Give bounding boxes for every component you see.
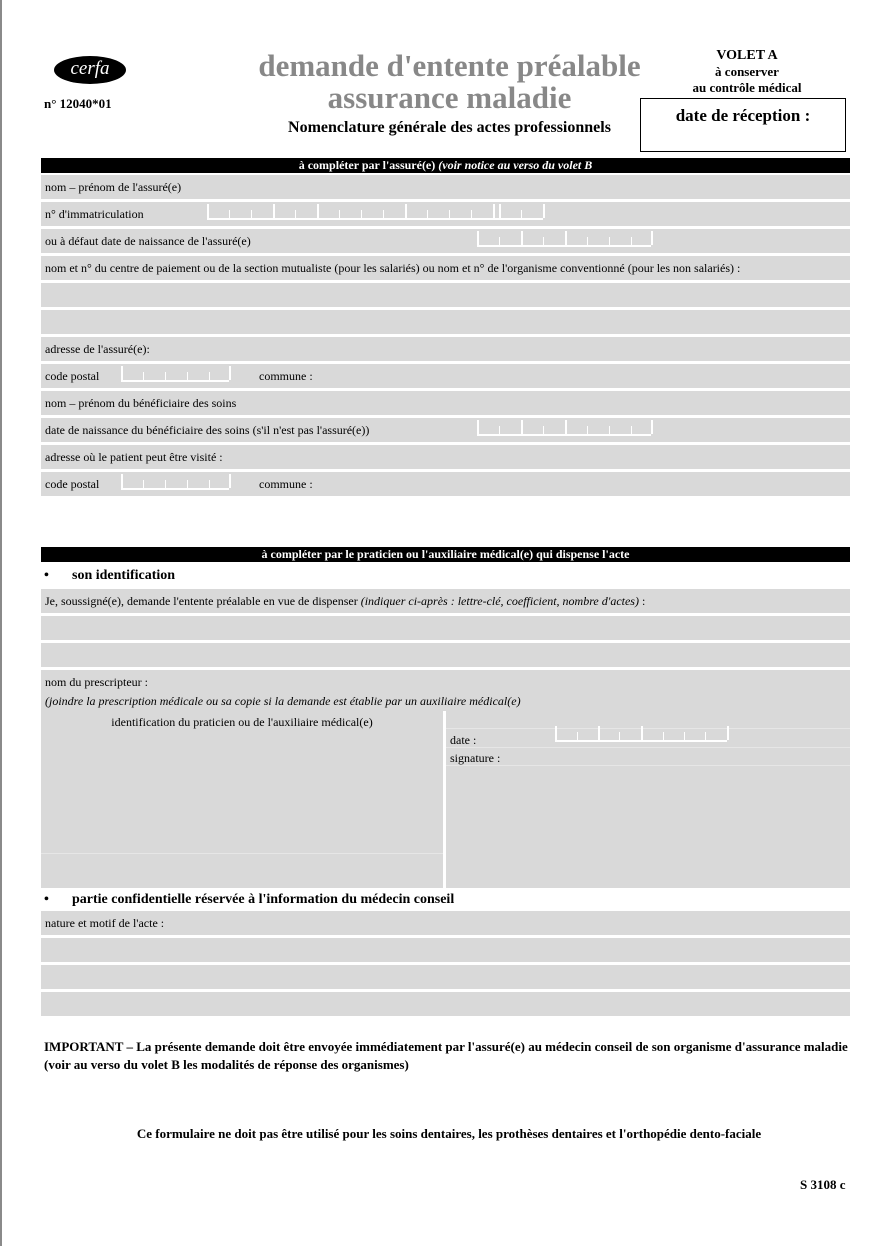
field-nature-motif[interactable]: nature et motif de l'acte : [41,911,850,935]
section-note: (voir notice au verso du volet B [438,158,592,172]
heading-text: son identification [72,568,175,583]
confidential-heading: •partie confidentielle réservée à l'info… [44,892,454,908]
section-title: à compléter par le praticien ou l'auxili… [262,547,630,561]
commune-label: commune : [259,472,313,496]
volet-sub-2: au contrôle médical [662,80,832,96]
section-header-assure: à compléter par l'assuré(e) (voir notice… [41,158,850,173]
field-label: adresse de l'assuré(e): [45,342,150,356]
field-label: Je, soussigné(e), demande l'entente préa… [45,594,358,608]
field-label: ou à défaut date de naissance de l'assur… [45,234,251,248]
field-label: adresse où le patient peut être visité : [45,450,223,464]
section-title: à compléter par l'assuré(e) [299,158,436,172]
field-note: (indiquer ci-après : lettre-clé, coeffic… [361,594,639,608]
volet-title: VOLET A [662,48,832,64]
note-text: (joindre la prescription médicale ou sa … [45,694,521,708]
form-number: n° 12040*01 [44,96,112,112]
field-centre-paiement-line-1[interactable] [41,283,850,307]
identification-praticien-box[interactable]: identification du praticien ou de l'auxi… [41,710,443,888]
identification-label: identification du praticien ou de l'auxi… [111,715,372,729]
divider [41,853,443,854]
divider [446,765,850,766]
field-date-naissance-beneficiaire[interactable]: date de naissance du bénéficiaire des so… [41,418,850,442]
volet-label: VOLET A à conserver au contrôle médical [662,48,832,96]
form-title: demande d'entente préalable assurance ma… [232,50,667,114]
colon: : [639,594,645,608]
field-adresse-visite[interactable]: adresse où le patient peut être visité : [41,445,850,469]
date-naissance-beneficiaire-comb[interactable] [477,420,651,436]
prescription-note: (joindre la prescription médicale ou sa … [41,691,850,711]
field-nature-motif-line-3[interactable] [41,992,850,1016]
field-adresse-assure[interactable]: adresse de l'assuré(e): [41,337,850,361]
heading-text: partie confidentielle réservée à l'infor… [72,892,454,907]
date-naissance-comb[interactable] [477,231,651,247]
commune-label: commune : [259,364,313,388]
title-line-1: demande d'entente préalable [232,50,667,82]
field-label: n° d'immatriculation [45,207,144,221]
identification-heading: •son identification [44,568,175,584]
field-nom-prenom-beneficiaire[interactable]: nom – prénom du bénéficiaire des soins [41,391,850,415]
field-nom-prenom-assure[interactable]: nom – prénom de l'assuré(e) [41,175,850,199]
field-code-postal-assure[interactable]: code postal commune : [41,364,850,388]
field-demande-entente[interactable]: Je, soussigné(e), demande l'entente préa… [41,589,850,613]
field-label: nom du prescripteur : [45,675,148,689]
field-actes-line-1[interactable] [41,616,850,640]
field-label: nom – prénom du bénéficiaire des soins [45,396,236,410]
divider [446,747,850,748]
field-date-naissance-assure[interactable]: ou à défaut date de naissance de l'assur… [41,229,850,253]
code-postal-visite-comb[interactable] [121,474,229,490]
field-centre-paiement: nom et n° du centre de paiement ou de la… [41,256,850,280]
form-reference: S 3108 c [800,1177,846,1193]
date-comb[interactable] [555,726,727,742]
field-label: code postal [45,369,99,383]
signature-label: signature : [450,751,500,766]
field-actes-line-2[interactable] [41,643,850,667]
field-code-postal-visite[interactable]: code postal commune : [41,472,850,496]
form-subtitle: Nomenclature générale des actes professi… [232,119,667,137]
field-centre-paiement-line-2[interactable] [41,310,850,334]
field-label: nature et motif de l'acte : [45,916,164,930]
bullet-icon: • [44,892,72,908]
immatriculation-comb[interactable] [207,204,543,220]
field-label: nom – prénom de l'assuré(e) [45,180,181,194]
field-label: code postal [45,477,99,491]
reception-date-box[interactable]: date de réception : [640,98,846,152]
code-postal-comb[interactable] [121,366,229,382]
volet-sub-1: à conserver [662,64,832,80]
field-label: nom et n° du centre de paiement ou de la… [45,261,740,275]
field-nature-motif-line-2[interactable] [41,965,850,989]
date-label: date : [450,733,476,748]
title-line-2: assurance maladie [232,82,667,114]
field-immatriculation[interactable]: n° d'immatriculation [41,202,850,226]
reception-date-label: date de réception : [676,106,811,125]
field-label: date de naissance du bénéficiaire des so… [45,423,369,437]
dental-exclusion-notice: Ce formulaire ne doit pas être utilisé p… [42,1126,856,1142]
cerfa-logo: cerfa [54,56,126,84]
date-signature-box[interactable]: date : signature : [446,710,850,888]
section-header-praticien: à compléter par le praticien ou l'auxili… [41,547,850,562]
field-nature-motif-line-1[interactable] [41,938,850,962]
important-notice: IMPORTANT – La présente demande doit êtr… [44,1038,854,1074]
bullet-icon: • [44,568,72,584]
